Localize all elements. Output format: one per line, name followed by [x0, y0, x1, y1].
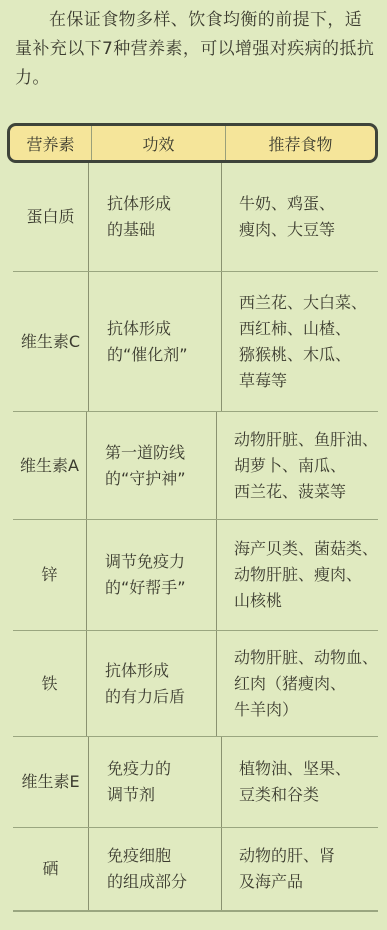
- table-row: 维生素E免疫力的调节剂植物油、坚果、豆类和谷类: [13, 737, 378, 828]
- table-row: 锌调节免疫力的“好帮手”海产贝类、菌菇类、动物肝脏、瘦肉、山核桃: [13, 520, 378, 631]
- food-line: 及海产品: [239, 869, 378, 895]
- table-row: 维生素C抗体形成的“催化剂”西兰花、大白菜、西红柿、山楂、猕猴桃、木瓜、草莓等: [13, 272, 378, 412]
- nutrient-cell: 维生素C: [13, 272, 89, 411]
- effect-line: 免疫细胞: [107, 843, 221, 869]
- foods-cell: 动物肝脏、鱼肝油、胡萝卜、南瓜、西兰花、菠菜等: [217, 412, 378, 519]
- food-line: 牛羊肉）: [234, 697, 378, 723]
- food-line: 瘦肉、大豆等: [239, 217, 378, 243]
- foods-cell: 牛奶、鸡蛋、瘦肉、大豆等: [222, 163, 378, 271]
- nutrient-cell: 维生素A: [13, 412, 87, 519]
- nutrient-cell: 锌: [13, 520, 87, 630]
- effect-cell: 免疫细胞的组成部分: [89, 828, 222, 910]
- effect-cell: 抗体形成的基础: [89, 163, 222, 271]
- effect-line: 调节免疫力: [105, 549, 216, 575]
- food-line: 西红柿、山楂、: [239, 316, 378, 342]
- effect-cell: 调节免疫力的“好帮手”: [87, 520, 217, 630]
- header-foods: 推荐食物: [226, 126, 375, 160]
- table-row: 铁抗体形成的有力后盾动物肝脏、动物血、红肉（猪瘦肉、牛羊肉）: [13, 631, 378, 737]
- table-row: 蛋白质抗体形成的基础牛奶、鸡蛋、瘦肉、大豆等: [13, 163, 378, 272]
- food-line: 动物的肝、肾: [239, 843, 378, 869]
- effect-line: 抗体形成: [105, 658, 216, 684]
- nutrient-cell: 维生素E: [13, 737, 89, 827]
- effect-line: 的组成部分: [107, 869, 221, 895]
- table-row: 硒免疫细胞的组成部分动物的肝、肾及海产品: [13, 828, 378, 912]
- food-line: 海产贝类、菌菇类、: [234, 536, 378, 562]
- food-line: 猕猴桃、木瓜、: [239, 342, 378, 368]
- effect-line: 的“催化剂”: [107, 342, 221, 368]
- header-nutrient: 营养素: [10, 126, 92, 160]
- food-line: 草莓等: [239, 368, 378, 394]
- food-line: 动物肝脏、瘦肉、: [234, 562, 378, 588]
- effect-line: 调节剂: [107, 782, 221, 808]
- effect-line: 免疫力的: [107, 756, 221, 782]
- nutrient-name: 维生素C: [21, 329, 80, 355]
- effect-cell: 免疫力的调节剂: [89, 737, 222, 827]
- nutrient-name: 维生素E: [21, 769, 79, 795]
- nutrient-name: 硒: [42, 856, 58, 882]
- foods-cell: 海产贝类、菌菇类、动物肝脏、瘦肉、山核桃: [217, 520, 378, 630]
- effect-line: 抗体形成: [107, 316, 221, 342]
- nutrient-name: 锌: [42, 562, 58, 588]
- foods-cell: 植物油、坚果、豆类和谷类: [222, 737, 378, 827]
- intro-text: 在保证食物多样、饮食均衡的前提下，适量补充以下7种营养素，可以增强对疾病的抵抗力…: [15, 6, 377, 93]
- effect-line: 的基础: [107, 217, 221, 243]
- header-effect: 功效: [92, 126, 226, 160]
- foods-cell: 西兰花、大白菜、西红柿、山楂、猕猴桃、木瓜、草莓等: [222, 272, 378, 411]
- nutrient-cell: 硒: [13, 828, 89, 910]
- food-line: 动物肝脏、鱼肝油、: [234, 427, 378, 453]
- food-line: 山核桃: [234, 588, 378, 614]
- food-line: 牛奶、鸡蛋、: [239, 191, 378, 217]
- food-line: 植物油、坚果、: [239, 756, 378, 782]
- effect-line: 的“守护神”: [105, 466, 216, 492]
- nutrient-name: 铁: [42, 671, 58, 697]
- table-row: 维生素A第一道防线的“守护神”动物肝脏、鱼肝油、胡萝卜、南瓜、西兰花、菠菜等: [13, 412, 378, 520]
- nutrient-cell: 蛋白质: [13, 163, 89, 271]
- nutrient-table: 蛋白质抗体形成的基础牛奶、鸡蛋、瘦肉、大豆等维生素C抗体形成的“催化剂”西兰花、…: [13, 163, 378, 912]
- effect-cell: 抗体形成的“催化剂”: [89, 272, 222, 411]
- food-line: 动物肝脏、动物血、: [234, 645, 378, 671]
- food-line: 豆类和谷类: [239, 782, 378, 808]
- nutrient-cell: 铁: [13, 631, 87, 736]
- nutrient-name: 维生素A: [20, 453, 79, 479]
- food-line: 红肉（猪瘦肉、: [234, 671, 378, 697]
- effect-cell: 抗体形成的有力后盾: [87, 631, 217, 736]
- effect-cell: 第一道防线的“守护神”: [87, 412, 217, 519]
- intro-paragraph: 在保证食物多样、饮食均衡的前提下，适量补充以下7种营养素，可以增强对疾病的抵抗力…: [15, 6, 377, 93]
- effect-line: 的有力后盾: [105, 684, 216, 710]
- effect-line: 第一道防线: [105, 440, 216, 466]
- effect-line: 的“好帮手”: [105, 575, 216, 601]
- food-line: 胡萝卜、南瓜、: [234, 453, 378, 479]
- food-line: 西兰花、大白菜、: [239, 290, 378, 316]
- nutrient-name: 蛋白质: [26, 204, 74, 230]
- effect-line: 抗体形成: [107, 191, 221, 217]
- foods-cell: 动物肝脏、动物血、红肉（猪瘦肉、牛羊肉）: [217, 631, 378, 736]
- foods-cell: 动物的肝、肾及海产品: [222, 828, 378, 910]
- food-line: 西兰花、菠菜等: [234, 479, 378, 505]
- table-header: 营养素 功效 推荐食物: [7, 123, 378, 163]
